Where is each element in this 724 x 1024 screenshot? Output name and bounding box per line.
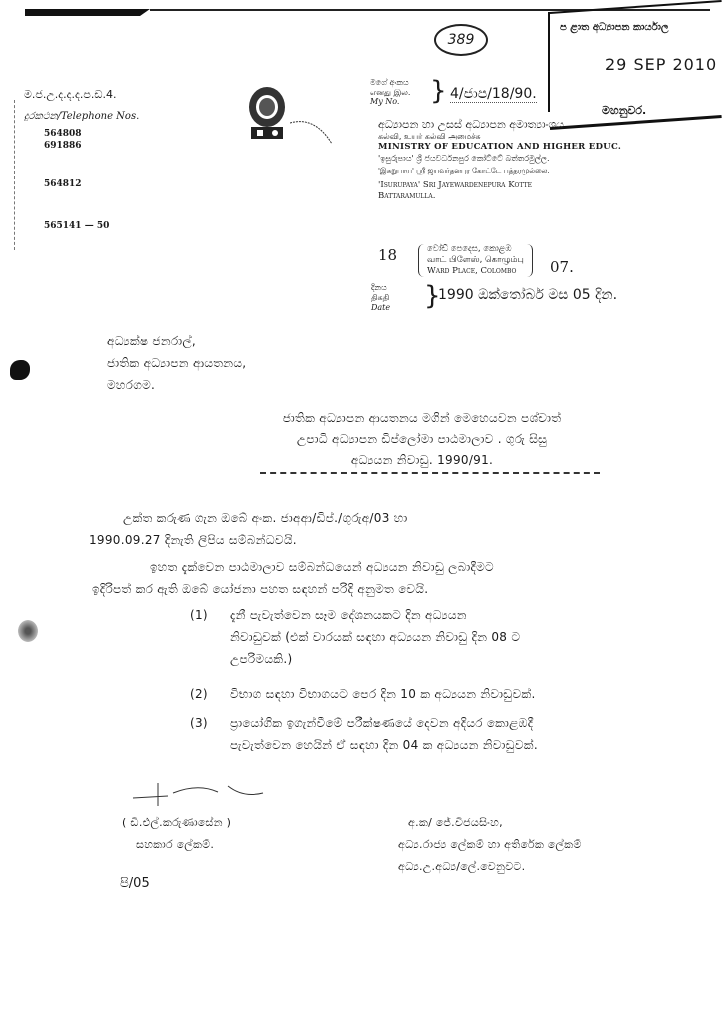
phone-number: 564812 bbox=[44, 179, 139, 191]
punch-mark bbox=[18, 620, 38, 642]
ministry-si: අධ්‍යාපන හා උසස් අධ්‍යාපන අමාත්‍යාංශය bbox=[378, 118, 678, 132]
brace-icon: } bbox=[430, 78, 447, 104]
list-item: (2)විභාග සඳහා විභාගයට පෙර දින 10 ක අධ්‍ය… bbox=[190, 683, 536, 705]
phone-list: 564808 691886 564812 565141 — 50 bbox=[44, 129, 139, 233]
pen-stroke bbox=[290, 118, 335, 148]
my-no-value: 4/ජාප/18/90. bbox=[450, 86, 537, 103]
date-value: 1990 ඔක්තෝබර් මස 05 දින. bbox=[438, 287, 617, 303]
my-no-label-en: My No. bbox=[370, 97, 410, 107]
subject-line: උපාධි අධ්‍යාපන ඩිප්ලෝමා පාඨමාලාව . ගුරු … bbox=[262, 429, 582, 450]
stamp-office: ප ළාත අධ්‍යාපන කාර්යාල bbox=[560, 22, 669, 33]
stamp-place: මහනුවර. bbox=[602, 104, 646, 118]
paragraph-line: උක්ත කරුණ ගැන ඔබේ අංක. ජාඅආ/ඩිප්./ගුරුඅ/… bbox=[123, 507, 407, 529]
item-line: පැවැත්වෙන හෙයින් ඒ සඳහා දින 04 ක අධ්‍යයන… bbox=[230, 734, 538, 756]
recipient-line: අධ්‍යක්ෂ ජනරාල්, bbox=[107, 330, 246, 352]
signatory-line: අ.ක/ ජේ.විජයසිංහ, bbox=[408, 812, 582, 834]
recipient-line: ජාතික අධ්‍යාපන ආයතනය, bbox=[107, 352, 246, 374]
paragraph-line: ඉදිරිපත් කර ඇති ඔබේ යෝජනා පහත සඳහන් පරිද… bbox=[92, 578, 494, 600]
paragraph-line: 1990.09.27 දිනැති ලිපිය සම්බන්ධවයි. bbox=[89, 529, 407, 551]
list-item: (3)ප්‍රායෝගික ඉගැන්වීමේ පරීක්ෂණයේ දෙවන අ… bbox=[190, 712, 538, 756]
date-label-si: දිනය bbox=[371, 283, 390, 293]
list-item: (1)දැනී පැවැත්වෙන සෑම දේශනයකට දින අධ්‍යය… bbox=[190, 604, 520, 670]
my-no-label-si: මගේ අංකය bbox=[370, 78, 410, 88]
item-number: (1) bbox=[190, 604, 230, 626]
signatory-line: අධ්‍ය.රාජ්‍ය ලේකම් හා අතිරේක ලේකම් bbox=[398, 834, 582, 856]
address-line: Ward Place, Colombo bbox=[427, 266, 524, 277]
item-line: උපරිමයකි.) bbox=[230, 648, 520, 670]
item-line: නිවාඩුවක් (එක් වාරයක් සඳහා අධ්‍යයන නිවාඩ… bbox=[230, 626, 520, 648]
address-suffix: 07. bbox=[550, 258, 574, 276]
stamp-date: 29 SEP 2010 bbox=[605, 55, 717, 74]
date-label-ta: திகதி bbox=[371, 293, 390, 303]
item-line: විභාග සඳහා විභාගයට පෙර දින 10 ක අධ්‍යයන … bbox=[230, 687, 536, 701]
subject-block: ජාතික අධ්‍යාපන ආයතනය මගින් මෙහෙයවන පශ්චා… bbox=[262, 408, 582, 471]
paragraph-1: උක්ත කරුණ ගැන ඔබේ අංක. ජාඅආ/ඩිප්./ගුරුඅ/… bbox=[123, 507, 407, 551]
my-no-label-ta: எனது இல. bbox=[370, 88, 410, 98]
ministry-ta: கல்வி, உயர் கல்வி அமைச்சு bbox=[378, 132, 678, 142]
phone-number: 691886 bbox=[44, 141, 139, 153]
address-line: වෝඩ් පෙදෙස, කොළඹ bbox=[427, 244, 524, 255]
office-number-circled: 389 bbox=[434, 24, 488, 56]
address-en-1: 'Isurupaya' Sri Jayewardenepura Kotte bbox=[378, 180, 678, 191]
address-ta: 'இசுறுபாய' ஸ்ரீ ஜயவர்தனபுர கோட்டே பத்தரம… bbox=[378, 167, 678, 176]
footer-reference: පි/05 bbox=[120, 876, 150, 891]
margin-mark bbox=[14, 100, 15, 250]
subject-line: ජාතික අධ්‍යාපන ආයතනය මගින් මෙහෙයවන පශ්චා… bbox=[262, 408, 582, 429]
address-number: 18 bbox=[378, 246, 397, 264]
header-ref-line: ම.ජ.උ.ද.ද.ද.ප.ඩ.4. bbox=[24, 88, 139, 101]
item-line: දැනී පැවැත්වෙන සෑම දේශනයකට දින අධ්‍යයන bbox=[230, 608, 467, 622]
item-line: ප්‍රායෝගික ඉගැන්වීමේ පරීක්ෂණයේ දෙවන අදිය… bbox=[230, 716, 533, 730]
phone-number: 564808 bbox=[44, 129, 139, 141]
signature bbox=[128, 778, 268, 808]
punch-mark bbox=[10, 360, 30, 380]
item-number: (2) bbox=[190, 683, 230, 705]
paragraph-2: ඉහත දැක්වෙන පාඨමාලාව සම්බන්ධයෙන් අධ්‍යයන… bbox=[150, 556, 494, 600]
address-si: 'ඉසුරුපාය' ශ්‍රී ජයවර්ධනපුර කෝට්ටේ බත්තර… bbox=[378, 154, 678, 164]
national-emblem-icon bbox=[245, 85, 289, 143]
recipient-block: අධ්‍යක්ෂ ජනරාල්, ජාතික අධ්‍යාපන ආයතනය, ම… bbox=[107, 330, 246, 396]
signatory-line: අධ්‍ය.උ.අධ්‍ය/ලේ.වෙනුවට. bbox=[398, 856, 582, 878]
date-labels: දිනය திகதி Date bbox=[371, 283, 390, 313]
signatory-left: ( ඩී.එල්.කරුණාසේන ) සහකාර ලේකම්. bbox=[122, 812, 231, 856]
address-line: வாட் பிளேஸ், கொழும்பு bbox=[427, 255, 524, 266]
signatory-title: සහකාර ලේකම්. bbox=[136, 834, 231, 856]
address-lines: වෝඩ් පෙදෙස, කොළඹ வாட் பிளேஸ், கொழும்பு W… bbox=[418, 244, 533, 277]
signatory-right: අ.ක/ ජේ.විජයසිංහ, අධ්‍ය.රාජ්‍ය ලේකම් හා … bbox=[398, 842, 582, 878]
date-label-en: Date bbox=[371, 303, 390, 313]
subject-line: අධ්‍යයන නිවාඩු. 1990/91. bbox=[262, 450, 582, 471]
address-en-2: Battaramulla. bbox=[378, 191, 678, 202]
telephone-label: දුරකථන/Telephone Nos. bbox=[24, 111, 139, 123]
recipient-line: මහරගම. bbox=[107, 374, 246, 396]
paragraph-line: ඉහත දැක්වෙන පාඨමාලාව සම්බන්ධයෙන් අධ්‍යයන… bbox=[150, 556, 494, 578]
header-left: ම.ජ.උ.ද.ද.ද.ප.ඩ.4. දුරකථන/Telephone Nos.… bbox=[24, 88, 139, 233]
item-number: (3) bbox=[190, 712, 230, 734]
scan-edge-bar bbox=[25, 9, 150, 16]
my-no-labels: මගේ අංකය எனது இல. My No. bbox=[370, 78, 410, 107]
subject-underline bbox=[260, 472, 600, 474]
signatory-name: ( ඩී.එල්.කරුණාසේන ) bbox=[122, 812, 231, 834]
ministry-block: අධ්‍යාපන හා උසස් අධ්‍යාපන අමාත්‍යාංශය கல… bbox=[378, 118, 678, 201]
received-stamp: ප ළාත අධ්‍යාපන කාර්යාල 29 SEP 2010 මහනුව… bbox=[548, 12, 720, 112]
scan-edge-line bbox=[150, 9, 710, 11]
phone-number: 565141 — 50 bbox=[44, 221, 139, 233]
ministry-en: MINISTRY OF EDUCATION AND HIGHER EDUC. bbox=[378, 142, 678, 153]
